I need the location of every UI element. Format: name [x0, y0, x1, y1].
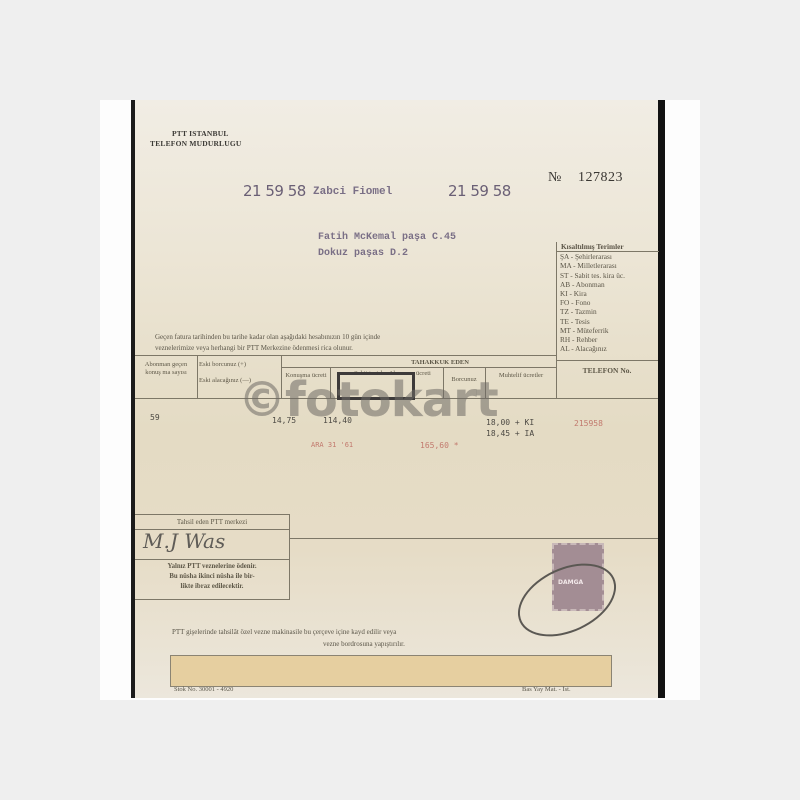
- watermark: ©fotokart: [238, 372, 498, 428]
- address-line-1: Fatih McKemal paşa C.45: [318, 232, 456, 243]
- note-line-1: Yalnız PTT veznelerine ödenir.: [135, 563, 289, 571]
- paper-shadow-left: [131, 100, 135, 698]
- col-muhtelif: Muhtelif ücretler: [490, 372, 552, 380]
- collection-title: Tahsil eden PTT merkezi: [135, 518, 289, 526]
- abbreviations-box: Kısaltılmış Terimler ŞA - ŞehirlerarasıM…: [556, 242, 659, 360]
- telefon-top: [556, 360, 658, 361]
- form-number: Stok No. 30001 - 4920: [174, 686, 233, 693]
- cash-register-strip: [170, 655, 612, 687]
- notice-line-2: veznelerimize veya herhangi bir PTT Merk…: [155, 344, 353, 352]
- col-eski-borc: Eski borcunuz (+): [199, 361, 279, 369]
- note-line-3: likte ibraz edilecektir.: [135, 583, 289, 591]
- phone-right: 21 59 58: [448, 182, 511, 200]
- col-divider: [197, 355, 198, 398]
- invoice-number: 127823: [578, 170, 623, 186]
- abbreviation-item: TZ - Tazmin: [560, 307, 659, 316]
- col-telefon: TELEFON No.: [570, 367, 644, 375]
- notice-line-1: Geçen fatura tarihinden bu tarihe kadar …: [155, 333, 380, 341]
- abbreviation-item: RH - Rehber: [560, 335, 659, 344]
- abbreviation-item: ST - Sabit tes. kira üc.: [560, 271, 659, 280]
- abbreviation-item: MA - Milletlerarası: [560, 261, 659, 270]
- collection-box: Tahsil eden PTT merkezi M.J Was Yalnız P…: [135, 514, 290, 600]
- abbreviation-item: KI - Kira: [560, 289, 659, 298]
- table-top-line: [135, 355, 557, 356]
- collection-divider: [135, 559, 289, 560]
- row-abonman: 59: [150, 413, 160, 422]
- abbreviation-item: FO - Fono: [560, 298, 659, 307]
- abbreviation-item: TE - Tesis: [560, 317, 659, 326]
- row-muhtelif-2: 18,45 + IA: [486, 429, 534, 438]
- footer-instr-1: PTT gişelerinde tahsilât özel vezne maki…: [172, 628, 396, 636]
- org-line-1: PTT ISTANBUL: [172, 129, 229, 139]
- phone-left: 21 59 58: [243, 182, 306, 200]
- col-group-tahakkuk: TAHAKKUK EDEN: [380, 359, 500, 367]
- collection-extend-line: [289, 538, 658, 539]
- address-line-2: Dokuz paşas D.2: [318, 248, 408, 259]
- row-total: 165,60 *: [420, 441, 459, 450]
- abbreviations-list: ŞA - ŞehirlerarasıMA - MilletlerarasıST …: [557, 252, 659, 353]
- footer-instr-2: vezne bordrosuna yapıştırılır.: [323, 640, 405, 648]
- signature: M.J Was: [143, 529, 225, 553]
- col-abonman: Abonman geçen konuş ma sayısı: [137, 361, 195, 377]
- abbreviation-item: MT - Müteferrik: [560, 326, 659, 335]
- abbreviation-item: AL - Alacağınız: [560, 344, 659, 353]
- tahakkuk-divider: [282, 367, 557, 368]
- col-divider: [556, 355, 557, 398]
- paper-shadow-right: [658, 100, 665, 698]
- number-label: №: [548, 170, 561, 186]
- abbreviation-item: AB - Abonman: [560, 280, 659, 289]
- abbreviation-item: ŞA - Şehirlerarası: [560, 252, 659, 261]
- note-line-2: Bu nüsha ikinci nüsha ile bir-: [135, 573, 289, 581]
- printer: Bas Yay Mat. - İst.: [522, 686, 571, 693]
- row-telefon: 215958: [574, 419, 603, 428]
- abbreviations-title: Kısaltılmış Terimler: [557, 242, 659, 252]
- subscriber-name: Zabci Fiomel: [313, 186, 392, 198]
- org-line-2: TELEFON MUDURLUGU: [150, 139, 242, 149]
- row-date-stamp: ARA 31 '61: [311, 441, 353, 449]
